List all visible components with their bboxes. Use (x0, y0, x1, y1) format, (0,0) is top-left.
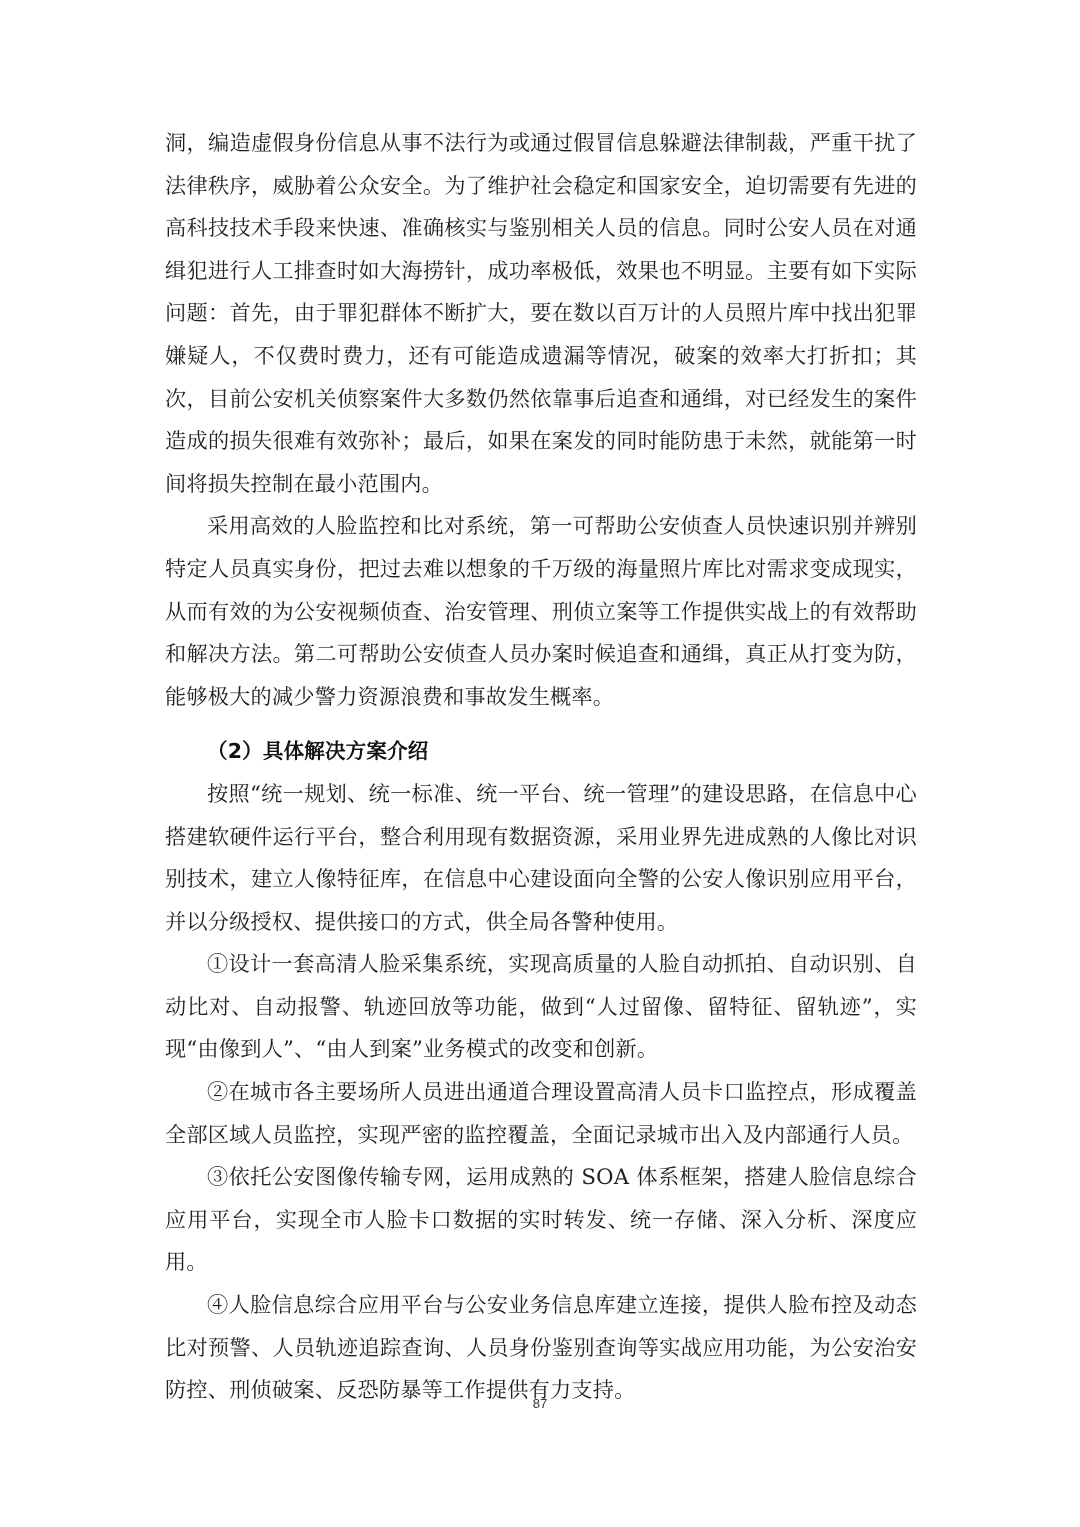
page-number: 87 (0, 1396, 1080, 1411)
paragraph-item-1: ①设计一套高清人脸采集系统，实现高质量的人脸自动抓拍、自动识别、自动比对、自动报… (165, 943, 917, 1071)
section-heading: （2）具体解决方案介绍 (165, 730, 917, 773)
paragraph-system-benefits: 采用高效的人脸监控和比对系统，第一可帮助公安侦查人员快速识别并辨别特定人员真实身… (165, 505, 917, 718)
page-body: 洞，编造虚假身份信息从事不法行为或通过假冒信息躲避法律制裁，严重干扰了法律秩序，… (165, 122, 917, 1412)
document-page: 洞，编造虚假身份信息从事不法行为或通过假冒信息躲避法律制裁，严重干扰了法律秩序，… (0, 0, 1080, 1527)
paragraph-item-2: ②在城市各主要场所人员进出通道合理设置高清人员卡口监控点，形成覆盖全部区域人员监… (165, 1071, 917, 1156)
paragraph-construction-approach: 按照“统一规划、统一标准、统一平台、统一管理”的建设思路，在信息中心搭建软硬件运… (165, 773, 917, 943)
spacer (165, 718, 917, 724)
paragraph-problem-statement: 洞，编造虚假身份信息从事不法行为或通过假冒信息躲避法律制裁，严重干扰了法律秩序，… (165, 122, 917, 505)
paragraph-item-4: ④人脸信息综合应用平台与公安业务信息库建立连接，提供人脸布控及动态比对预警、人员… (165, 1284, 917, 1412)
paragraph-item-3: ③依托公安图像传输专网，运用成熟的 SOA 体系框架，搭建人脸信息综合应用平台，… (165, 1156, 917, 1284)
